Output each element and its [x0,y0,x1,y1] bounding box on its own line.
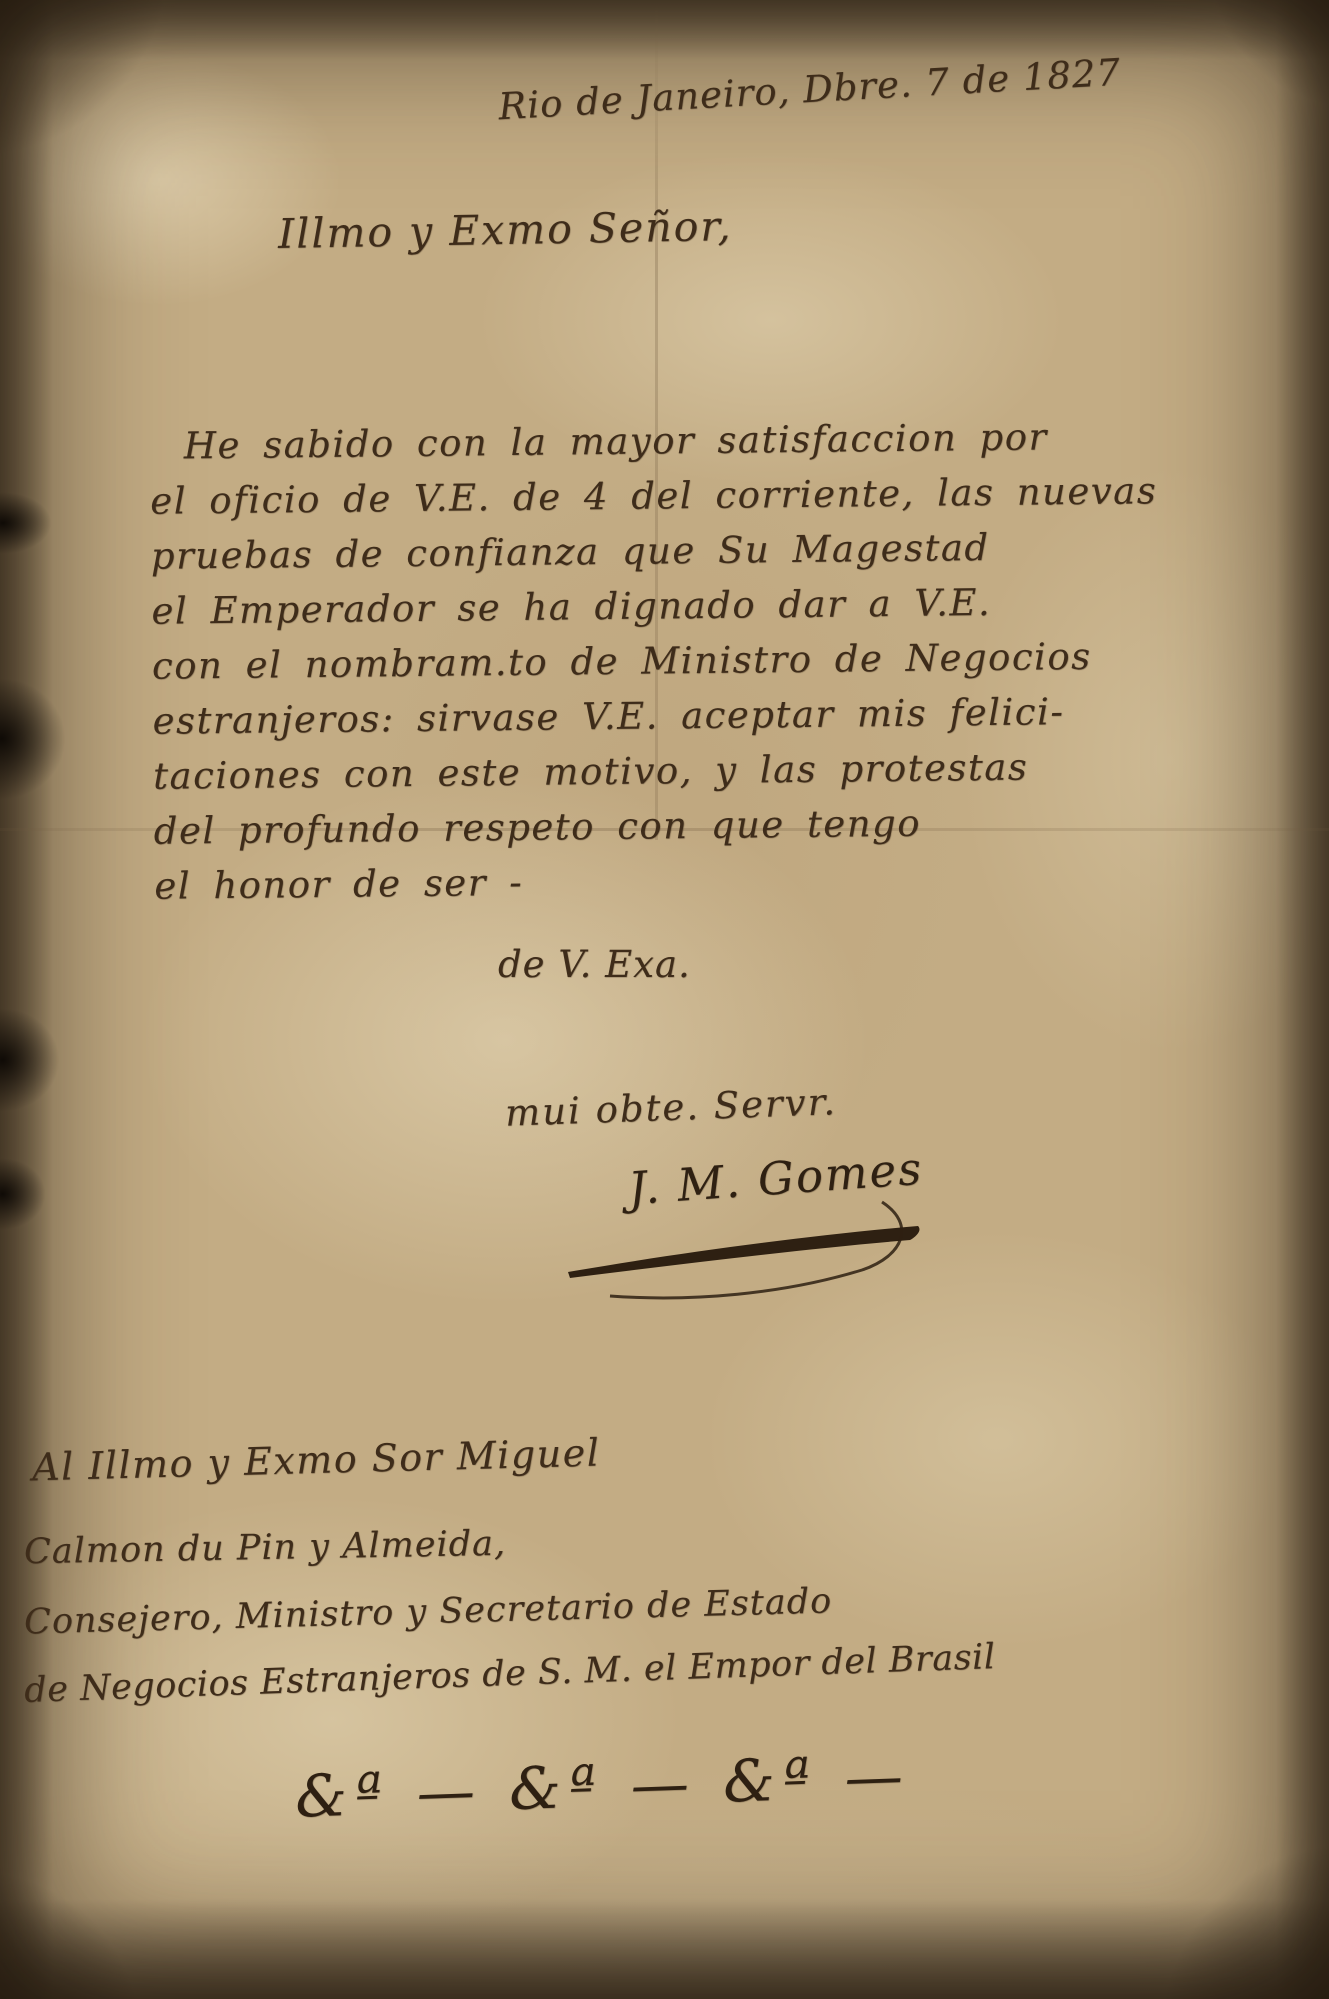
closing-courtesy: de V. Exa. [498,943,691,986]
body-line: el honor de ser - [154,849,1065,914]
salutation: Illmo y Exmo Señor, [278,202,733,258]
body-line: el Emperador se ha dignado dar a V.E. [151,574,1062,639]
body-paragraph: He sabido con la mayor satisfaccion por … [149,409,1064,914]
body-line: el oficio de V.E. de 4 del corriente, la… [150,464,1061,529]
body-line: con el nombram.to de Ministro de Negocio… [152,629,1063,694]
body-line: He sabido con la mayor satisfaccion por [149,409,1060,474]
signature-flourish-icon [562,1198,932,1308]
torn-edge-spot [0,1158,46,1230]
letter-photograph: Rio de Janeiro, Dbre. 7 de 1827 Illmo y … [0,0,1329,1999]
body-line: taciones con este motivo, y las protesta… [153,739,1064,804]
address-line: Calmon du Pin y Almeida, [24,1524,507,1572]
torn-edge-spot [0,492,52,554]
torn-edge-spot [0,1008,60,1112]
body-line: estranjeros: sirvase V.E. aceptar mis fe… [152,684,1063,749]
body-line: del profundo respeto con que tengo [153,794,1064,859]
body-line: pruebas de confianza que Su Magestad [151,519,1062,584]
torn-edge-spot [0,678,66,800]
